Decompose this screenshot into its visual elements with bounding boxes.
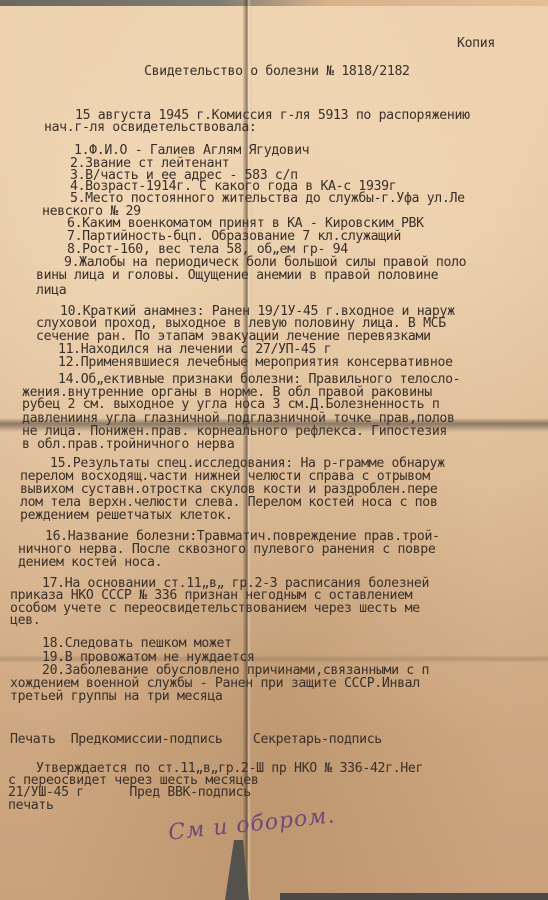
document-line: цев. bbox=[10, 615, 40, 627]
document-line: печать bbox=[8, 800, 54, 812]
document-line: вины лица и головы. Ощущение анемии в пр… bbox=[36, 270, 438, 282]
document-title: Свидетельство о болезни № 1818/2182 bbox=[144, 66, 410, 78]
document-line: в обл.прав.тройничного нерва bbox=[22, 439, 235, 451]
document-line: нач.г-ля освидетельствовала: bbox=[44, 122, 257, 134]
document-line: лица bbox=[36, 285, 66, 297]
document-line: 18.Следовать пешком может bbox=[42, 638, 232, 650]
document-line: особом учете с переосвидетельствованием … bbox=[10, 603, 420, 615]
document-line: рубец 2 см. выходное у угла носа 3 см.Д.… bbox=[22, 399, 439, 411]
document-line: реждением решетчатых клеток. bbox=[20, 510, 233, 522]
document-line: дением костей носа. bbox=[18, 557, 162, 569]
typewritten-document: Копия Свидетельство о болезни № 1818/218… bbox=[0, 0, 548, 900]
signatures-line: Печать Предкомиссии-подпись Секретарь-по… bbox=[10, 734, 382, 746]
document-line: 12.Применявшиеся лечебные мероприятия ко… bbox=[58, 357, 453, 369]
document-line: третьей группы на три месяца bbox=[10, 691, 223, 703]
copy-label: Копия bbox=[457, 38, 495, 50]
